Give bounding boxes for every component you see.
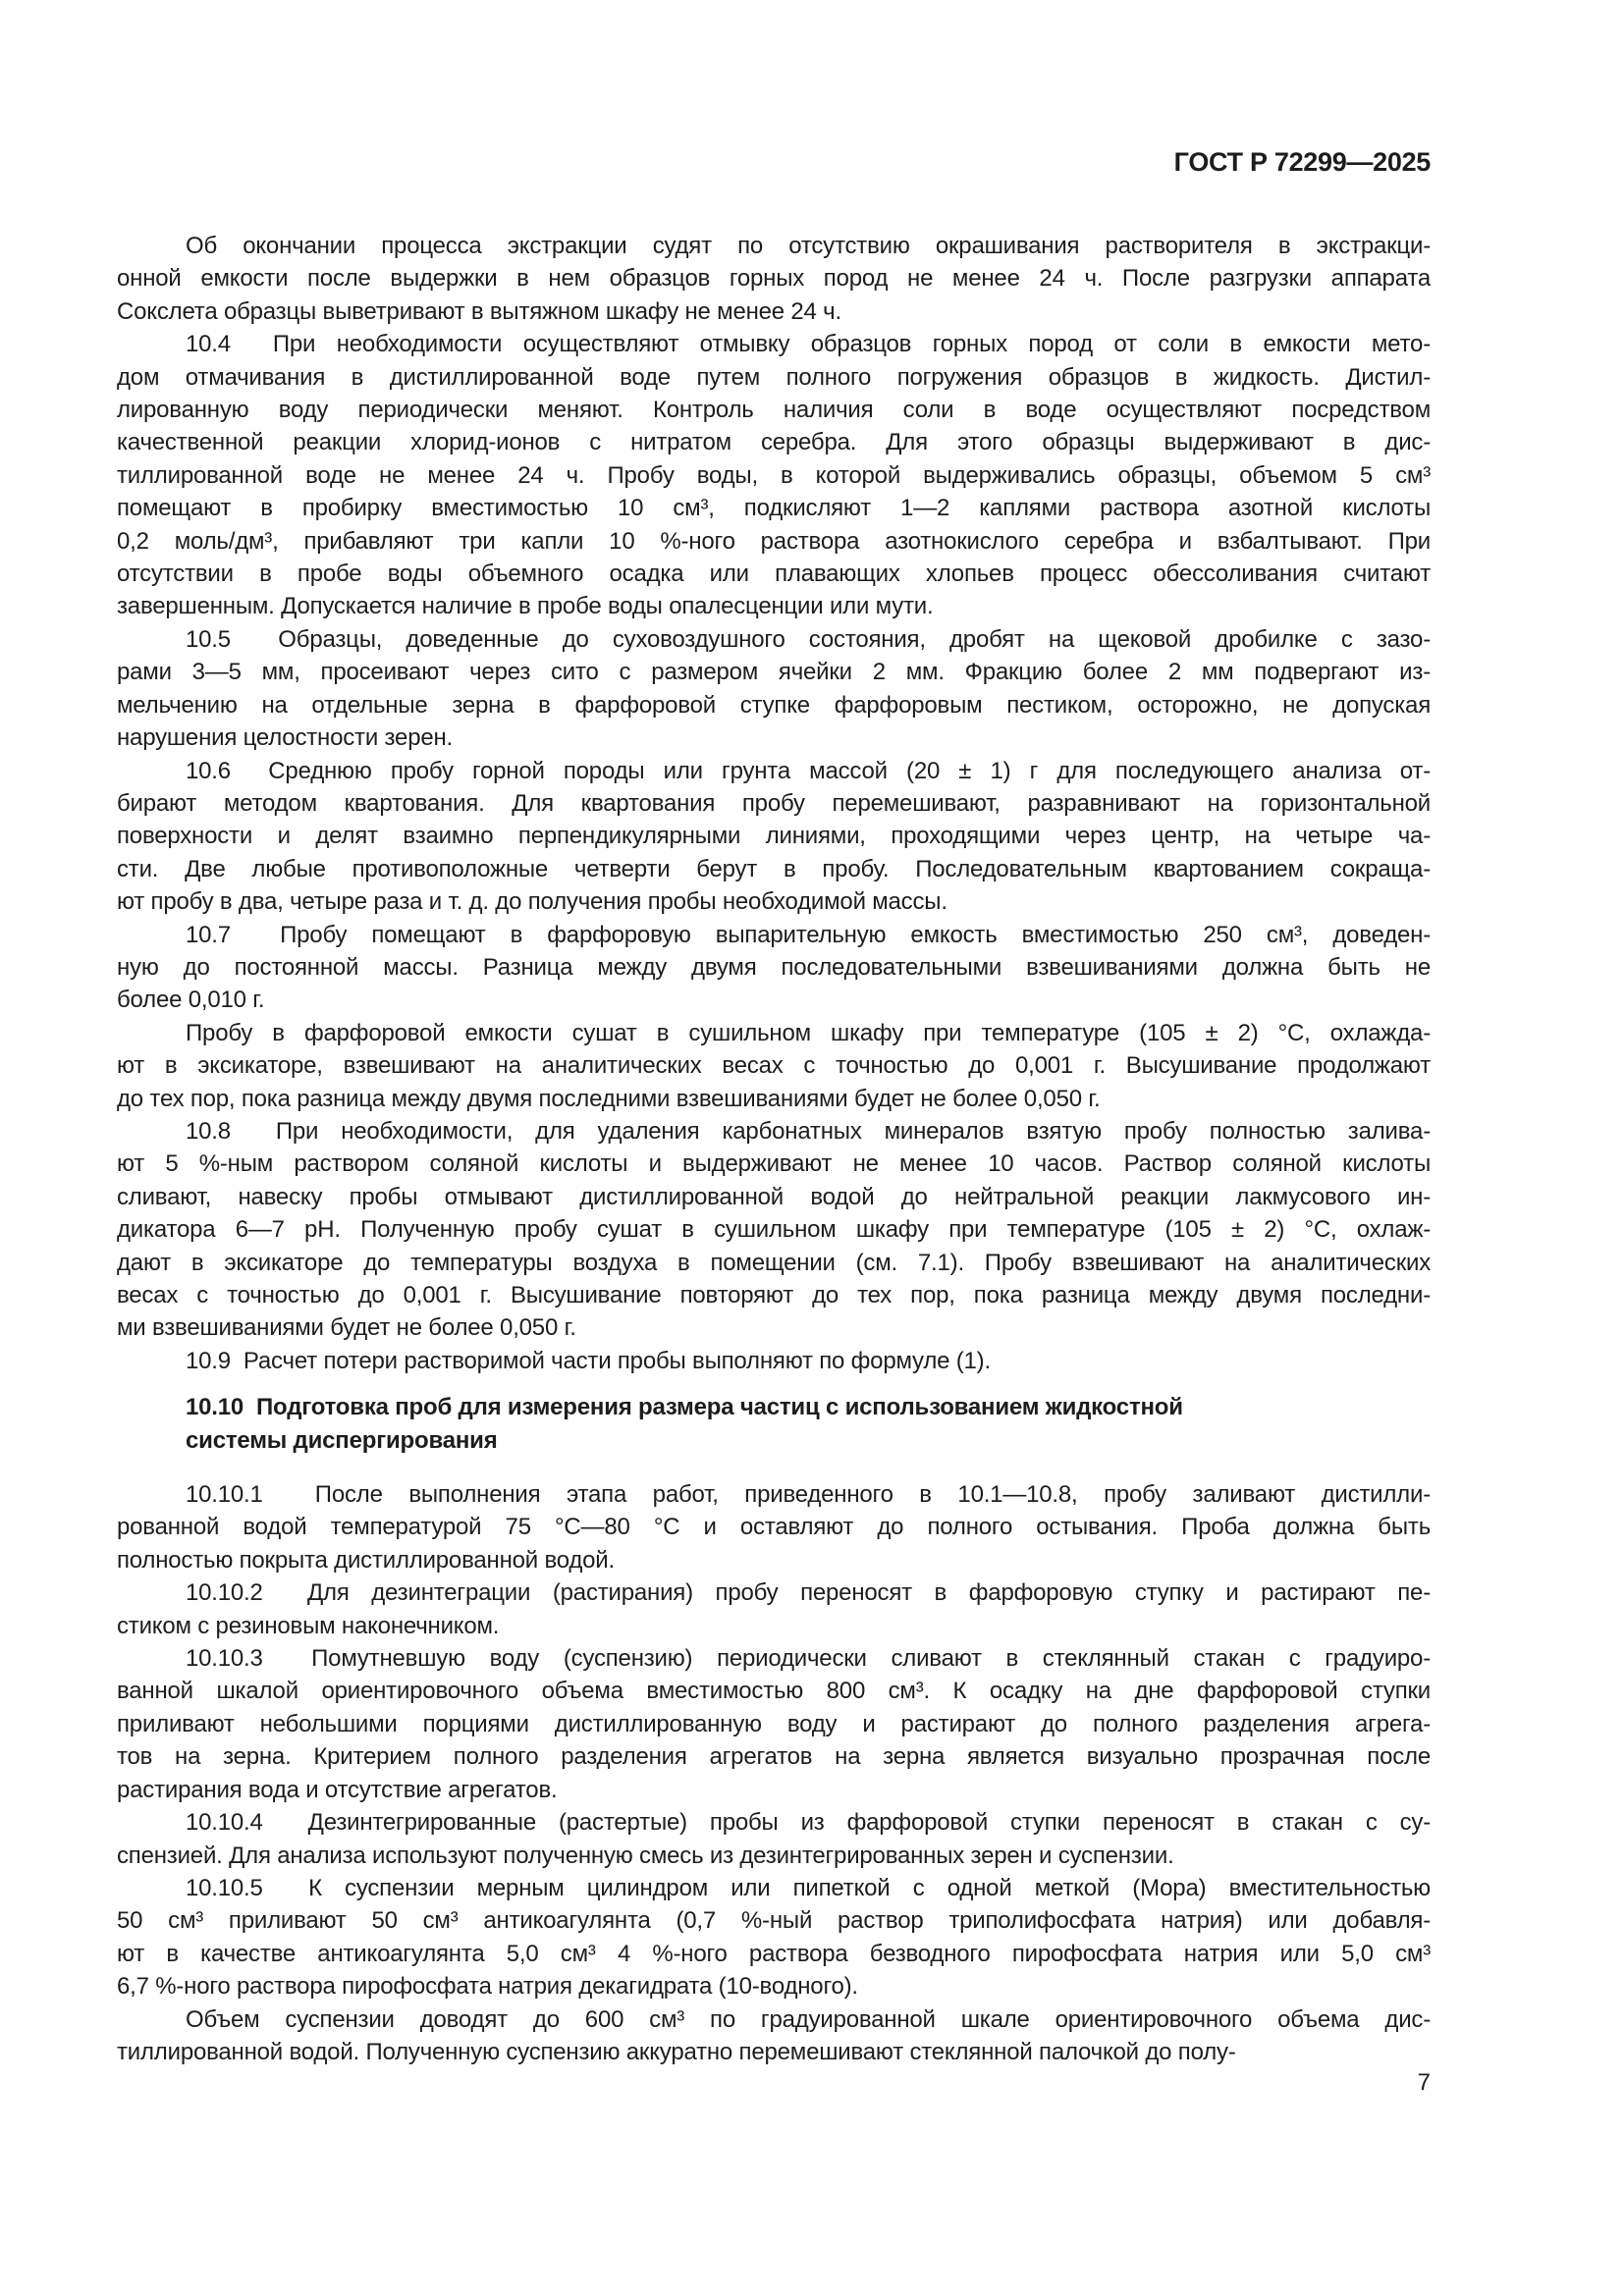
paragraph: 10.8 При необходимости, для удаления кар… xyxy=(117,1115,1431,1345)
text-line: сливают, навеску пробы отмывают дистилли… xyxy=(117,1181,1431,1213)
doc-footer: 7 xyxy=(117,2069,1431,2097)
text-line: ванной шкалой ориентировочного объема вм… xyxy=(117,1675,1431,1707)
text-line: сти. Две любые противоположные четверти … xyxy=(117,853,1431,885)
text-line: Об окончании процесса экстракции судят п… xyxy=(117,230,1431,262)
doc-code: ГОСТ Р 72299—2025 xyxy=(1174,147,1431,177)
text-line: 10.10.4 Дезинтегрированные (растертые) п… xyxy=(117,1806,1431,1839)
text-line: ют в эксикаторе, взвешивают на аналитиче… xyxy=(117,1049,1431,1082)
paragraph: 10.9 Расчет потери растворимой части про… xyxy=(117,1345,1431,1377)
text-line: 10.4 При необходимости осуществляют отмы… xyxy=(117,328,1431,360)
text-line: растирания вода и отсутствие агрегатов. xyxy=(117,1774,1431,1806)
text-line: полностью покрыта дистиллированной водой… xyxy=(117,1544,1431,1576)
paragraph: 10.10.2 Для дезинтеграции (растирания) п… xyxy=(117,1576,1431,1642)
paragraph: 10.7 Пробу помещают в фарфоровую выпарит… xyxy=(117,919,1431,1017)
doc-header: ГОСТ Р 72299—2025 xyxy=(117,147,1431,178)
text-line: тов на зерна. Критерием полного разделен… xyxy=(117,1740,1431,1773)
text-line: 10.10.3 Помутневшую воду (суспензию) пер… xyxy=(117,1642,1431,1675)
text-line: мельчению на отдельные зерна в фарфорово… xyxy=(117,689,1431,721)
text-line: 0,2 моль/дм³, прибавляют три капли 10 %-… xyxy=(117,525,1431,558)
text-line: 10.8 При необходимости, для удаления кар… xyxy=(117,1115,1431,1148)
text-line: отсутствии в пробе воды объемного осадка… xyxy=(117,558,1431,590)
text-line: дают в эксикаторе до температуры воздуха… xyxy=(117,1247,1431,1279)
text-line: рованной водой температурой 75 °С—80 °С … xyxy=(117,1511,1431,1543)
text-line: более 0,010 г. xyxy=(117,984,1431,1016)
text-line: 10.10.1 После выполнения этапа работ, пр… xyxy=(117,1478,1431,1511)
text-line: тиллированной воде не менее 24 ч. Пробу … xyxy=(117,459,1431,492)
text-line: системы диспергирования xyxy=(186,1424,1431,1457)
text-line: спензией. Для анализа используют получен… xyxy=(117,1840,1431,1872)
paragraph: Объем суспензии доводят до 600 см³ по гр… xyxy=(117,2003,1431,2069)
text-line: онной емкости после выдержки в нем образ… xyxy=(117,262,1431,294)
paragraph: Пробу в фарфоровой емкости сушат в сушил… xyxy=(117,1017,1431,1115)
paragraph: 10.10.3 Помутневшую воду (суспензию) пер… xyxy=(117,1642,1431,1806)
text-line: 10.7 Пробу помещают в фарфоровую выпарит… xyxy=(117,919,1431,951)
text-line: нарушения целостности зерен. xyxy=(117,721,1431,754)
text-line: 10.10.2 Для дезинтеграции (растирания) п… xyxy=(117,1576,1431,1609)
paragraph: 10.10.4 Дезинтегрированные (растертые) п… xyxy=(117,1806,1431,1872)
text-line: 50 см³ приливают 50 см³ антикоагулянта (… xyxy=(117,1904,1431,1937)
text-line: стиком с резиновым наконечником. xyxy=(117,1610,1431,1642)
text-line: тиллированной водой. Полученную суспензи… xyxy=(117,2036,1431,2068)
paragraph: Об окончании процесса экстракции судят п… xyxy=(117,230,1431,328)
text-line: ют пробу в два, четыре раза и т. д. до п… xyxy=(117,885,1431,918)
paragraph: 10.10.1 После выполнения этапа работ, пр… xyxy=(117,1478,1431,1576)
text-line: лированную воду периодически меняют. Кон… xyxy=(117,394,1431,426)
text-line: Объем суспензии доводят до 600 см³ по гр… xyxy=(117,2003,1431,2036)
text-line: приливают небольшими порциями дистиллиро… xyxy=(117,1708,1431,1740)
paragraph: 10.4 При необходимости осуществляют отмы… xyxy=(117,328,1431,623)
document-body: Об окончании процесса экстракции судят п… xyxy=(117,230,1431,2068)
text-line: бирают методом квартования. Для квартова… xyxy=(117,787,1431,820)
paragraph: 10.5 Образцы, доведенные до суховоздушно… xyxy=(117,623,1431,755)
page-number: 7 xyxy=(1418,2069,1431,2096)
text-line: поверхности и делят взаимно перпендикуля… xyxy=(117,820,1431,852)
text-line: дом отмачивания в дистиллированной воде … xyxy=(117,361,1431,394)
text-line: весах с точностью до 0,001 г. Высушивани… xyxy=(117,1279,1431,1311)
text-line: 10.10 Подготовка проб для измерения разм… xyxy=(186,1391,1431,1423)
text-line: 10.10.5 К суспензии мерным цилиндром или… xyxy=(117,1872,1431,1904)
text-line: ми взвешиваниями будет не более 0,050 г. xyxy=(117,1311,1431,1344)
text-line: качественной реакции хлорид-ионов с нитр… xyxy=(117,426,1431,458)
text-line: Сокслета образцы выветривают в вытяжном … xyxy=(117,295,1431,328)
text-line: дикатора 6—7 pH. Полученную пробу сушат … xyxy=(117,1213,1431,1246)
paragraph: 10.6 Среднюю пробу горной породы или гру… xyxy=(117,755,1431,919)
text-line: рами 3—5 мм, просеивают через сито с раз… xyxy=(117,656,1431,688)
text-line: 6,7 %-ного раствора пирофосфата натрия д… xyxy=(117,1970,1431,2002)
text-line: Пробу в фарфоровой емкости сушат в сушил… xyxy=(117,1017,1431,1049)
text-line: до тех пор, пока разница между двумя пос… xyxy=(117,1083,1431,1115)
text-line: 10.9 Расчет потери растворимой части про… xyxy=(117,1345,1431,1377)
text-line: ную до постоянной массы. Разница между д… xyxy=(117,951,1431,984)
text-line: 10.5 Образцы, доведенные до суховоздушно… xyxy=(117,623,1431,656)
text-line: ют 5 %-ным раствором соляной кислоты и в… xyxy=(117,1148,1431,1180)
text-line: 10.6 Среднюю пробу горной породы или гру… xyxy=(117,755,1431,787)
text-line: помещают в пробирку вместимостью 10 см³,… xyxy=(117,492,1431,524)
paragraph: 10.10.5 К суспензии мерным цилиндром или… xyxy=(117,1872,1431,2003)
section-heading: 10.10 Подготовка проб для измерения разм… xyxy=(186,1391,1431,1457)
document-page: ГОСТ Р 72299—2025 Об окончании процесса … xyxy=(0,0,1624,2296)
text-line: ют в качестве антикоагулянта 5,0 см³ 4 %… xyxy=(117,1938,1431,1970)
text-line: завершенным. Допускается наличие в пробе… xyxy=(117,590,1431,622)
